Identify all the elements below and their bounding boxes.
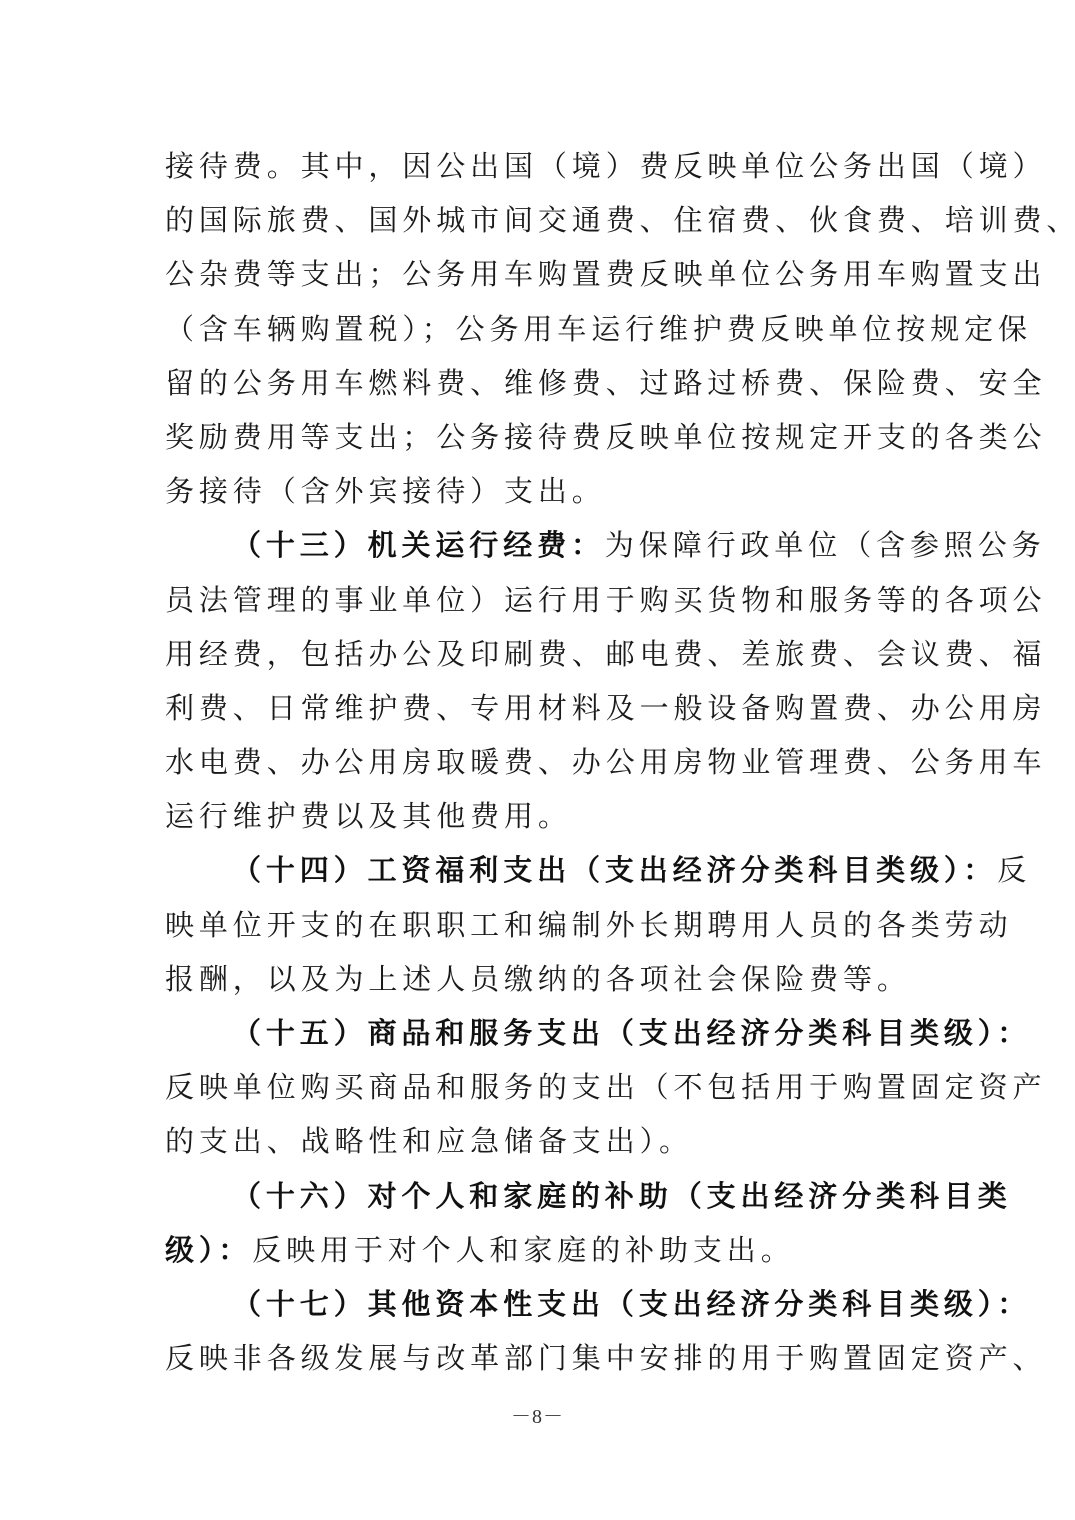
line-text: 留的公务用车燃料费、维修费、过路过桥费、保险费、安全	[165, 366, 1046, 400]
line-text: 用经费，包括办公及印刷费、邮电费、差旅费、会议费、福	[165, 637, 1046, 671]
paragraph-line: 运行维护费以及其他费用。	[165, 796, 913, 850]
line-text: 运行维护费以及其他费用。	[165, 799, 572, 833]
section-heading: （十三）机关运行经费：	[232, 528, 605, 562]
paragraph-line: （含车辆购置税）；公务用车运行维护费反映单位按规定保	[165, 309, 913, 363]
line-text: 报酬，以及为上述人员缴纳的各项社会保险费等。	[165, 962, 911, 996]
section-heading: （十六）对个人和家庭的补助（支出经济分类科目类	[232, 1179, 1012, 1213]
line-text: 反映单位购买商品和服务的支出（不包括用于购置固定资产	[165, 1070, 1046, 1104]
line-text: 水电费、办公用房取暖费、办公用房物业管理费、公务用车	[165, 745, 1046, 779]
document-body: 接待费。其中，因公出国（境）费反映单位公务出国（境） 的国际旅费、国外城市间交通…	[165, 146, 913, 1392]
line-text: 公杂费等支出；公务用车购置费反映单位公务用车购置支出	[165, 257, 1046, 291]
line-text: 反	[997, 853, 1031, 887]
line-text: 反映非各级发展与改革部门集中安排的用于购置固定资产、	[165, 1341, 1046, 1375]
paragraph-line: 级）：反映用于对个人和家庭的补助支出。	[165, 1230, 913, 1284]
page-number: －8－	[0, 1400, 1075, 1429]
paragraph-line: 的支出、战略性和应急储备支出）。	[165, 1121, 913, 1175]
paragraph-line: 用经费，包括办公及印刷费、邮电费、差旅费、会议费、福	[165, 634, 913, 688]
paragraph-line: 反映单位购买商品和服务的支出（不包括用于购置固定资产	[165, 1067, 913, 1121]
section-13-heading-line: （十三）机关运行经费：为保障行政单位（含参照公务	[165, 525, 913, 579]
section-heading: （十四）工资福利支出（支出经济分类科目类级）：	[232, 853, 997, 887]
section-heading: （十五）商品和服务支出（支出经济分类科目类级）：	[232, 1016, 1031, 1050]
line-text: 利费、日常维护费、专用材料及一般设备购置费、办公用房	[165, 691, 1046, 725]
paragraph-line: 公杂费等支出；公务用车购置费反映单位公务用车购置支出	[165, 254, 913, 308]
line-text: 的国际旅费、国外城市间交通费、住宿费、伙食费、培训费、	[165, 203, 1075, 237]
line-text: 的支出、战略性和应急储备支出）。	[165, 1124, 693, 1158]
paragraph-line: 接待费。其中，因公出国（境）费反映单位公务出国（境）	[165, 146, 913, 200]
document-page: 接待费。其中，因公出国（境）费反映单位公务出国（境） 的国际旅费、国外城市间交通…	[0, 0, 1075, 1520]
paragraph-line: 利费、日常维护费、专用材料及一般设备购置费、办公用房	[165, 688, 913, 742]
line-text: 奖励费用等支出；公务接待费反映单位按规定开支的各类公	[165, 420, 1046, 454]
paragraph-line: 务接待（含外宾接待）支出。	[165, 471, 913, 525]
paragraph-line: 员法管理的事业单位）运行用于购买货物和服务等的各项公	[165, 580, 913, 634]
paragraph-line: 留的公务用车燃料费、维修费、过路过桥费、保险费、安全	[165, 363, 913, 417]
line-text: 员法管理的事业单位）运行用于购买货物和服务等的各项公	[165, 583, 1046, 617]
section-heading: （十七）其他资本性支出（支出经济分类科目类级）：	[232, 1287, 1031, 1321]
section-17-heading-line: （十七）其他资本性支出（支出经济分类科目类级）：	[165, 1284, 913, 1338]
line-text: 映单位开支的在职职工和编制外长期聘用人员的各类劳动	[165, 908, 1013, 942]
section-15-heading-line: （十五）商品和服务支出（支出经济分类科目类级）：	[165, 1013, 913, 1067]
paragraph-line: 的国际旅费、国外城市间交通费、住宿费、伙食费、培训费、	[165, 200, 913, 254]
line-text: 为保障行政单位（含参照公务	[605, 528, 1046, 562]
section-heading-continuation: 级）：	[165, 1233, 252, 1267]
line-text: （含车辆购置税）；公务用车运行维护费反映单位按规定保	[165, 312, 1032, 346]
paragraph-line: 奖励费用等支出；公务接待费反映单位按规定开支的各类公	[165, 417, 913, 471]
line-text: 接待费。其中，因公出国（境）费反映单位公务出国（境）	[165, 149, 1046, 183]
line-text: 反映用于对个人和家庭的补助支出。	[252, 1233, 794, 1267]
section-14-heading-line: （十四）工资福利支出（支出经济分类科目类级）：反	[165, 850, 913, 904]
line-text: 务接待（含外宾接待）支出。	[165, 474, 606, 508]
section-16-heading-line: （十六）对个人和家庭的补助（支出经济分类科目类	[165, 1176, 913, 1230]
paragraph-line: 报酬，以及为上述人员缴纳的各项社会保险费等。	[165, 959, 913, 1013]
paragraph-line: 映单位开支的在职职工和编制外长期聘用人员的各类劳动	[165, 905, 913, 959]
paragraph-line: 反映非各级发展与改革部门集中安排的用于购置固定资产、	[165, 1338, 913, 1392]
paragraph-line: 水电费、办公用房取暖费、办公用房物业管理费、公务用车	[165, 742, 913, 796]
